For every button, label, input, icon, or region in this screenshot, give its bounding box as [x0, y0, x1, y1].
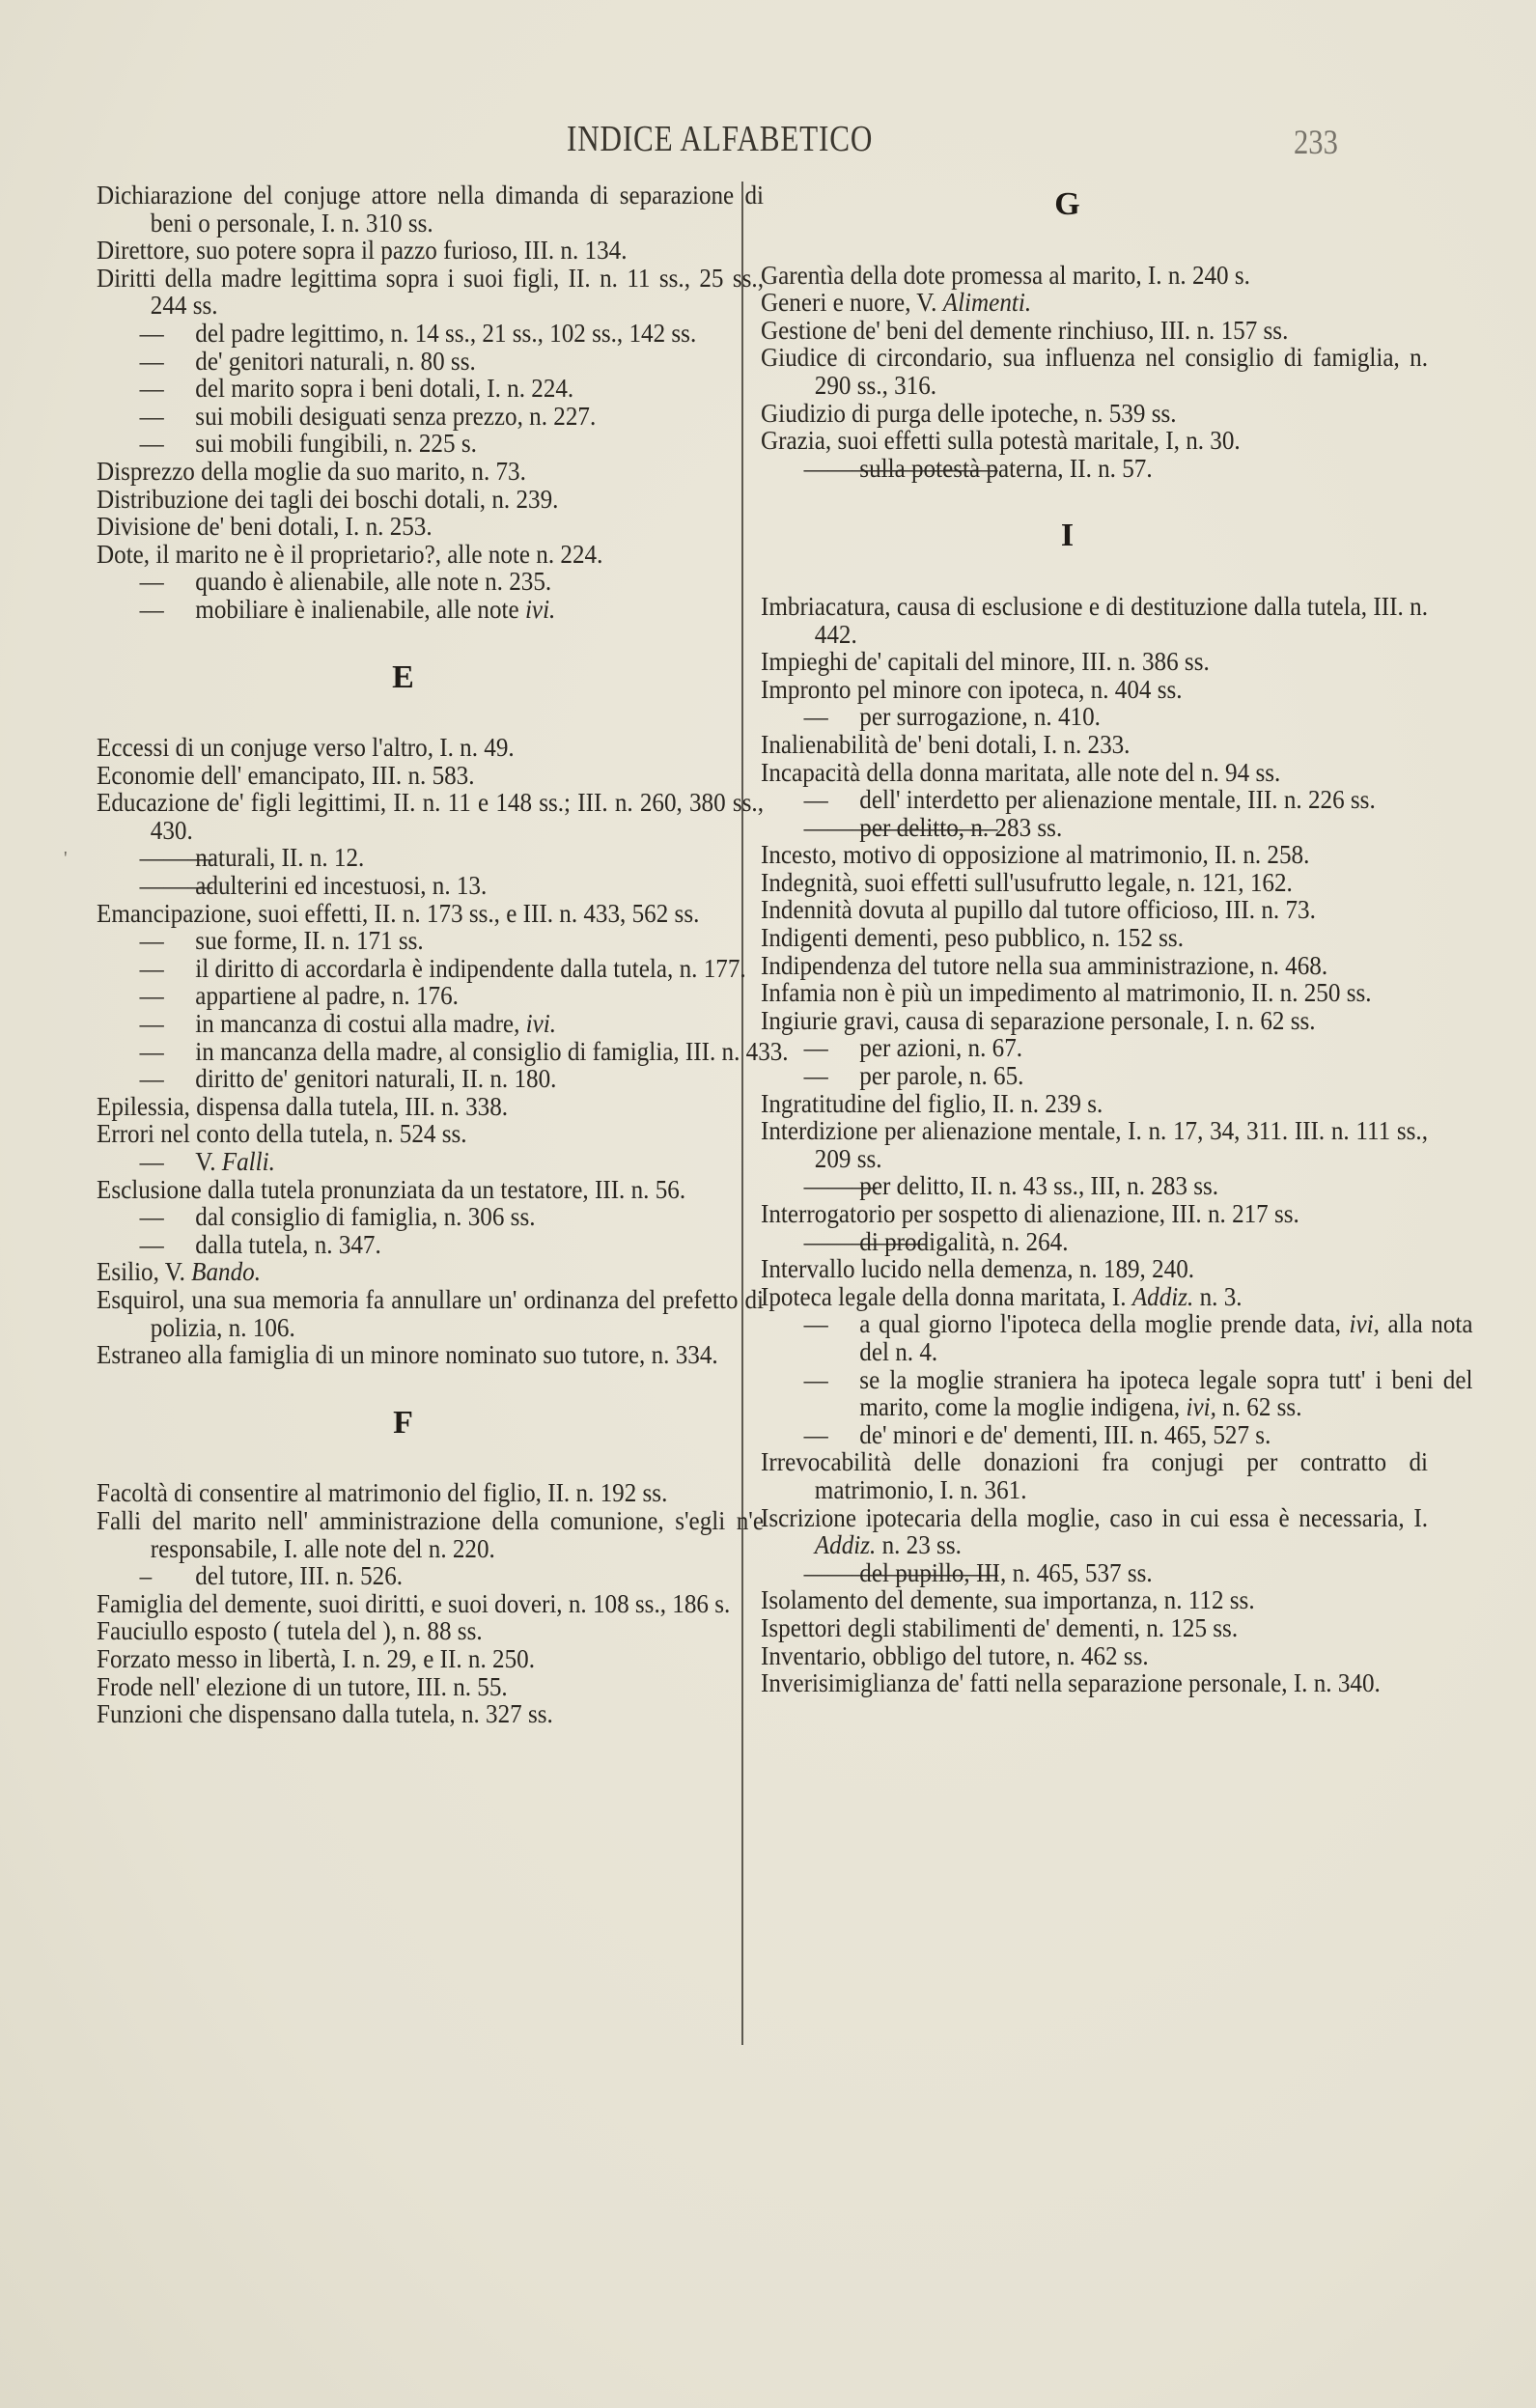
entry-text: Errori nel conto della tutela, n. 524 ss…: [97, 1119, 467, 1148]
ditto-dash: —: [804, 1062, 860, 1090]
entry-text: Eccessi di un conjuge verso l'altro, I. …: [97, 733, 515, 762]
entry-text: Epilessia, dispensa dalla tutela, III. n…: [97, 1092, 508, 1121]
entry-text: Impronto pel minore con ipoteca, n. 404 …: [761, 675, 1183, 704]
index-entry: Economie dell' emancipato, III. n. 583.: [97, 762, 764, 790]
ditto-dash: —: [140, 1148, 196, 1176]
ditto-dash: –: [140, 1562, 196, 1590]
index-entry: Indipendenza del tutore nella sua ammini…: [761, 952, 1428, 980]
entry-text: del tutore, III. n. 526.: [195, 1561, 403, 1590]
entry-text: Indipendenza del tutore nella sua ammini…: [761, 951, 1327, 980]
index-entry: Distribuzione dei tagli dei boschi dotal…: [97, 486, 764, 514]
ditto-dash: —: [140, 1065, 196, 1093]
entry-italic: ivi,: [1187, 1392, 1216, 1421]
index-subentry: —il diritto di accordarla è indipendente…: [97, 955, 808, 983]
index-subentry: —del padre legittimo, n. 14 ss., 21 ss.,…: [97, 320, 808, 348]
ditto-dash: —: [140, 955, 196, 983]
index-entry: Ingiurie gravi, causa di separazione per…: [761, 1007, 1428, 1035]
section-letter: I: [761, 522, 1374, 550]
index-entry: Indigenti dementi, peso pubblico, n. 152…: [761, 924, 1428, 952]
index-entry: Indegnità, suoi effetti sull'usufrutto l…: [761, 869, 1428, 897]
entry-text: quando è alienabile, alle note n. 235.: [195, 567, 551, 596]
ditto-dash: —: [140, 982, 196, 1010]
index-subentry: —in mancanza della madre, al consiglio d…: [97, 1038, 808, 1066]
index-entry: Intervallo lucido nella demenza, n. 189,…: [761, 1255, 1428, 1283]
entry-tail: n. 23 ss.: [882, 1530, 962, 1559]
entry-text: Garentìa della dote promessa al marito, …: [761, 261, 1250, 290]
entry-tail: n. 62 ss.: [1222, 1392, 1301, 1421]
entry-italic: ivi.: [526, 1009, 556, 1038]
entry-italic: Alimenti.: [943, 288, 1031, 317]
ditto-dash: —: [140, 430, 196, 458]
entry-text: Economie dell' emancipato, III. n. 583.: [97, 761, 475, 790]
stray-ink-mark: ': [64, 848, 68, 870]
entry-text: Esquirol, una sua memoria fa annullare u…: [97, 1285, 764, 1342]
entry-text: V.: [195, 1147, 215, 1176]
ditto-dash: —: [804, 1310, 860, 1338]
entry-text: Divisione de' beni dotali, I. n. 253.: [97, 512, 433, 541]
index-subentry: —appartiene al padre, n. 176.: [97, 982, 808, 1010]
entry-text: Imbriacatura, causa di esclusione e di d…: [761, 592, 1428, 649]
entry-text: Indegnità, suoi effetti sull'usufrutto l…: [761, 868, 1293, 897]
index-subentry: ———per delitto, II. n. 43 ss., III, n. 2…: [761, 1172, 1472, 1200]
entry-text: Dote, il marito ne è il proprietario?, a…: [97, 540, 602, 569]
entry-text: sulla potestà paterna, II. n. 57.: [859, 454, 1152, 483]
index-entry: Emancipazione, suoi effetti, II. n. 173 …: [97, 900, 764, 928]
entry-text: Funzioni che dispensano dalla tutela, n.…: [97, 1699, 553, 1728]
index-subentry: —sui mobili fungibili, n. 225 s.: [97, 430, 808, 458]
index-subentry: —sue forme, II. n. 171 ss.: [97, 927, 808, 955]
entry-italic: ivi.: [525, 595, 555, 624]
entry-text: in mancanza di costui alla madre,: [195, 1009, 519, 1038]
index-subentry: —dalla tutela, n. 347.: [97, 1231, 808, 1259]
index-subentry: ————————sulla potestà paterna, II. n. 57…: [761, 455, 1472, 483]
ditto-dash: ————————: [804, 1559, 860, 1587]
entry-text: del marito sopra i beni dotali, I. n. 22…: [195, 374, 573, 403]
entry-text: Ingiurie gravi, causa di separazione per…: [761, 1006, 1316, 1035]
index-entry: Generi e nuore, V. Alimenti.: [761, 289, 1428, 317]
index-entry: Esquirol, una sua memoria fa annullare u…: [97, 1286, 764, 1341]
index-subentry: —in mancanza di costui alla madre, ivi.: [97, 1010, 808, 1038]
index-entry: Inalienabilità de' beni dotali, I. n. 23…: [761, 731, 1428, 759]
running-title: INDICE ALFABETICO: [567, 118, 873, 160]
page-number: 233: [1294, 122, 1338, 162]
index-entry: Isolamento del demente, sua importanza, …: [761, 1586, 1428, 1614]
index-entry: Gestione de' beni del demente rinchiuso,…: [761, 317, 1428, 345]
entry-text: Isolamento del demente, sua importanza, …: [761, 1585, 1255, 1614]
entry-text: di prodigalità, n. 264.: [859, 1227, 1068, 1256]
index-entry: Garentìa della dote promessa al marito, …: [761, 262, 1428, 290]
entry-text: per surrogazione, n. 410.: [859, 702, 1101, 731]
entry-text: de' genitori naturali, n. 80 ss.: [195, 347, 475, 376]
index-entry: Facoltà di consentire al matrimonio del …: [97, 1479, 764, 1507]
entry-text: per azioni, n. 67.: [859, 1033, 1022, 1062]
entry-text: Ispettori degli stabilimenti de' dementi…: [761, 1613, 1238, 1642]
ditto-dash: —: [140, 1231, 196, 1259]
entry-text: Indennità dovuta al pupillo dal tutore o…: [761, 895, 1316, 924]
entry-text: se la moglie straniera ha ipoteca legale…: [859, 1365, 1472, 1422]
entry-text: del pupillo, III, n. 465, 537 ss.: [859, 1558, 1152, 1587]
entry-text: Fauciullo esposto ( tutela del ), n. 88 …: [97, 1616, 483, 1645]
index-entry: Epilessia, dispensa dalla tutela, III. n…: [97, 1093, 764, 1121]
index-entry: Incapacità della donna maritata, alle no…: [761, 759, 1428, 787]
ditto-dash: —: [140, 596, 196, 624]
entry-text: dalla tutela, n. 347.: [195, 1230, 380, 1259]
entry-text: Frode nell' elezione di un tutore, III. …: [97, 1672, 508, 1701]
entry-text: Distribuzione dei tagli dei boschi dotal…: [97, 485, 558, 514]
entry-text: Ingratitudine del figlio, II. n. 239 s.: [761, 1089, 1103, 1118]
entry-text: il diritto di accordarla è indipendente …: [195, 954, 745, 983]
index-entry: Inventario, obbligo del tutore, n. 462 s…: [761, 1642, 1428, 1670]
entry-text: diritto de' genitori naturali, II. n. 18…: [195, 1064, 556, 1093]
entry-text: Giudizio di purga delle ipoteche, n. 539…: [761, 399, 1177, 428]
entry-text: dal consiglio di famiglia, n. 306 ss.: [195, 1202, 535, 1231]
entry-text: Irrevocabilità delle donazioni fra conju…: [761, 1447, 1428, 1504]
index-entry: Iscrizione ipotecaria della moglie, caso…: [761, 1504, 1428, 1559]
index-subentry: —del marito sopra i beni dotali, I. n. 2…: [97, 375, 808, 403]
index-subentry: —per parole, n. 65.: [761, 1062, 1472, 1090]
index-entry: Educazione de' figli legittimi, II. n. 1…: [97, 789, 764, 844]
index-entry: Impronto pel minore con ipoteca, n. 404 …: [761, 676, 1428, 704]
entry-text: sui mobili desiguati senza prezzo, n. 22…: [195, 402, 596, 431]
index-entry: Disprezzo della moglie da suo marito, n.…: [97, 458, 764, 486]
entry-text: Forzato messo in libertà, I. n. 29, e II…: [97, 1644, 535, 1673]
page-header: INDICE ALFABETICO 233: [0, 118, 1536, 166]
entry-text: Interdizione per alienazione mentale, I.…: [761, 1116, 1428, 1173]
ditto-dash: ———: [804, 1172, 860, 1200]
entry-text: per delitto, II. n. 43 ss., III, n. 283 …: [859, 1171, 1218, 1200]
index-subentry: —mobiliare è inalienabile, alle note ivi…: [97, 596, 808, 624]
entry-text: appartiene al padre, n. 176.: [195, 981, 459, 1010]
entry-text: per parole, n. 65.: [859, 1061, 1023, 1090]
index-subentry: –del tutore, III. n. 526.: [97, 1562, 808, 1590]
ditto-dash: ————————: [804, 814, 860, 842]
entry-italic: Bando.: [191, 1257, 261, 1286]
left-column: Dichiarazione del conjuge attore nella d…: [97, 182, 710, 1728]
index-subentry: —per surrogazione, n. 410.: [761, 703, 1472, 731]
entry-text: Estraneo alla famiglia di un minore nomi…: [97, 1340, 718, 1369]
ditto-dash: —: [140, 320, 196, 348]
index-entry: Irrevocabilità delle donazioni fra conju…: [761, 1448, 1428, 1503]
index-subentry: —sui mobili desiguati senza prezzo, n. 2…: [97, 403, 808, 431]
ditto-dash: —: [804, 786, 860, 814]
entry-text: Falli del marito nell' amministrazione d…: [97, 1506, 764, 1563]
entry-text: Facoltà di consentire al matrimonio del …: [97, 1478, 667, 1507]
entry-text: Esclusione dalla tutela pronunziata da u…: [97, 1175, 685, 1204]
index-subentry: —dal consiglio di famiglia, n. 306 ss.: [97, 1203, 808, 1231]
ditto-dash: ———: [140, 844, 196, 872]
ditto-dash: —: [140, 927, 196, 955]
index-entry: Fauciullo esposto ( tutela del ), n. 88 …: [97, 1617, 764, 1645]
ditto-dash: —: [140, 375, 196, 403]
index-subentry: ———adulterini ed incestuosi, n. 13.: [97, 872, 808, 900]
index-entry: Ipoteca legale della donna maritata, I. …: [761, 1283, 1428, 1311]
index-entry: Inverisimiglianza de' fatti nella separa…: [761, 1669, 1428, 1697]
ditto-dash: —: [140, 403, 196, 431]
ditto-dash: —: [140, 568, 196, 596]
entry-text: Inverisimiglianza de' fatti nella separa…: [761, 1668, 1381, 1697]
index-entry: Estraneo alla famiglia di un minore nomi…: [97, 1341, 764, 1369]
section-letter: G: [761, 191, 1374, 219]
index-subentry: —de' genitori naturali, n. 80 ss.: [97, 348, 808, 376]
entry-text: Gestione de' beni del demente rinchiuso,…: [761, 316, 1288, 345]
entry-text: Interrogatorio per sospetto di alienazio…: [761, 1199, 1299, 1228]
index-entry: Ispettori degli stabilimenti de' dementi…: [761, 1614, 1428, 1642]
index-entry: Giudice di circondario, sua influenza ne…: [761, 344, 1428, 399]
entry-text: adulterini ed incestuosi, n. 13.: [195, 871, 487, 900]
entry-text: Emancipazione, suoi effetti, II. n. 173 …: [97, 899, 699, 928]
ditto-dash: —: [804, 703, 860, 731]
index-entry: Frode nell' elezione di un tutore, III. …: [97, 1673, 764, 1701]
entry-text: Incapacità della donna maritata, alle no…: [761, 758, 1280, 787]
index-entry: Diritti della madre legittima sopra i su…: [97, 265, 764, 320]
entry-text: Inalienabilità de' beni dotali, I. n. 23…: [761, 730, 1130, 759]
entry-text: Direttore, suo potere sopra il pazzo fur…: [97, 236, 627, 265]
ditto-dash: ———: [140, 872, 196, 900]
entry-text: dell' interdetto per alienazione mentale…: [859, 785, 1375, 814]
section-letter: E: [97, 664, 710, 692]
entry-text: per delitto, n. 283 ss.: [859, 813, 1062, 842]
index-entry: Grazia, suoi effetti sulla potestà marit…: [761, 427, 1428, 455]
entry-text: Indigenti dementi, peso pubblico, n. 152…: [761, 923, 1184, 952]
right-column: GGarentìa della dote promessa al marito,…: [761, 182, 1374, 1697]
ditto-dash: —: [140, 1010, 196, 1038]
section-letter: F: [97, 1410, 710, 1438]
entry-text: Educazione de' figli legittimi, II. n. 1…: [97, 788, 764, 845]
entry-tail: n. 3.: [1200, 1282, 1243, 1311]
index-subentry: —————di prodigalità, n. 264.: [761, 1228, 1472, 1256]
entry-text: Infamia non è più un impedimento al matr…: [761, 978, 1372, 1007]
entry-italic: Addiz.: [815, 1530, 876, 1559]
index-subentry: —per azioni, n. 67.: [761, 1034, 1472, 1062]
entry-text: mobiliare è inalienabile, alle note: [195, 595, 518, 624]
index-entry: Forzato messo in libertà, I. n. 29, e II…: [97, 1645, 764, 1673]
entry-text: naturali, II. n. 12.: [195, 843, 364, 872]
index-entry: Imbriacatura, causa di esclusione e di d…: [761, 593, 1428, 648]
entry-text: Incesto, motivo di opposizione al matrim…: [761, 840, 1309, 869]
index-entry: Giudizio di purga delle ipoteche, n. 539…: [761, 400, 1428, 428]
index-entry: Funzioni che dispensano dalla tutela, n.…: [97, 1700, 764, 1728]
entry-text: Inventario, obbligo del tutore, n. 462 s…: [761, 1641, 1149, 1670]
index-subentry: —quando è alienabile, alle note n. 235.: [97, 568, 808, 596]
index-entry: Esclusione dalla tutela pronunziata da u…: [97, 1176, 764, 1204]
index-subentry: ————————del pupillo, III, n. 465, 537 ss…: [761, 1559, 1472, 1587]
entry-text: Iscrizione ipotecaria della moglie, caso…: [761, 1503, 1428, 1532]
index-entry: Dichiarazione del conjuge attore nella d…: [97, 182, 764, 237]
entry-text: Grazia, suoi effetti sulla potestà marit…: [761, 426, 1241, 455]
index-subentry: —dell' interdetto per alienazione mental…: [761, 786, 1472, 814]
index-entry: Impieghi de' capitali del minore, III. n…: [761, 648, 1428, 676]
index-entry: Errori nel conto della tutela, n. 524 ss…: [97, 1120, 764, 1148]
ditto-dash: ————————: [804, 455, 860, 483]
index-entry: Infamia non è più un impedimento al matr…: [761, 979, 1428, 1007]
ditto-dash: —: [140, 1038, 196, 1066]
entry-text: Impieghi de' capitali del minore, III. n…: [761, 647, 1210, 676]
entry-text: Esilio, V.: [97, 1257, 185, 1286]
index-entry: Eccessi di un conjuge verso l'altro, I. …: [97, 734, 764, 762]
ditto-dash: —: [804, 1421, 860, 1449]
index-subentry: —se la moglie straniera ha ipoteca legal…: [761, 1366, 1472, 1421]
entry-italic: Addiz.: [1132, 1282, 1193, 1311]
entry-text: Disprezzo della moglie da suo marito, n.…: [97, 457, 526, 486]
index-entry: Esilio, V. Bando.: [97, 1258, 764, 1286]
index-subentry: —de' minori e de' dementi, III. n. 465, …: [761, 1421, 1472, 1449]
entry-text: Giudice di circondario, sua influenza ne…: [761, 343, 1428, 400]
entry-text: Ipoteca legale della donna maritata, I.: [761, 1282, 1127, 1311]
index-entry: Famiglia del demente, suoi diritti, e su…: [97, 1590, 764, 1618]
entry-text: sue forme, II. n. 171 ss.: [195, 926, 423, 955]
entry-text: Dichiarazione del conjuge attore nella d…: [97, 181, 764, 238]
index-entry: Direttore, suo potere sopra il pazzo fur…: [97, 237, 764, 265]
entry-italic: Falli.: [222, 1147, 275, 1176]
index-entry: Interdizione per alienazione mentale, I.…: [761, 1117, 1428, 1172]
entry-text: Famiglia del demente, suoi diritti, e su…: [97, 1589, 730, 1618]
index-subentry: —a qual giorno l'ipoteca della moglie pr…: [761, 1310, 1472, 1365]
entry-text: Intervallo lucido nella demenza, n. 189,…: [761, 1254, 1194, 1283]
ditto-dash: —: [804, 1034, 860, 1062]
entry-text: a qual giorno l'ipoteca della moglie pre…: [859, 1309, 1341, 1338]
index-entry: Ingratitudine del figlio, II. n. 239 s.: [761, 1090, 1428, 1118]
entry-text: Generi e nuore, V.: [761, 288, 936, 317]
index-entry: Interrogatorio per sospetto di alienazio…: [761, 1200, 1428, 1228]
entry-text: in mancanza della madre, al consiglio di…: [195, 1037, 788, 1066]
index-subentry: ———naturali, II. n. 12.: [97, 844, 808, 872]
index-subentry: —diritto de' genitori naturali, II. n. 1…: [97, 1065, 808, 1093]
entry-italic: ivi,: [1350, 1309, 1380, 1338]
index-subentry: —V. Falli.: [97, 1148, 808, 1176]
index-entry: Falli del marito nell' amministrazione d…: [97, 1507, 764, 1562]
ditto-dash: —: [140, 348, 196, 376]
ditto-dash: —: [140, 1203, 196, 1231]
index-entry: Divisione de' beni dotali, I. n. 253.: [97, 513, 764, 541]
index-entry: Dote, il marito ne è il proprietario?, a…: [97, 541, 764, 569]
ditto-dash: —————: [804, 1228, 860, 1256]
index-entry: Incesto, motivo di opposizione al matrim…: [761, 841, 1428, 869]
entry-text: sui mobili fungibili, n. 225 s.: [195, 429, 477, 458]
index-subentry: ————————per delitto, n. 283 ss.: [761, 814, 1472, 842]
index-entry: Indennità dovuta al pupillo dal tutore o…: [761, 896, 1428, 924]
entry-text: Diritti della madre legittima sopra i su…: [97, 264, 764, 321]
entry-text: de' minori e de' dementi, III. n. 465, 5…: [859, 1420, 1271, 1449]
ditto-dash: —: [804, 1366, 860, 1394]
entry-text: del padre legittimo, n. 14 ss., 21 ss., …: [195, 319, 696, 348]
